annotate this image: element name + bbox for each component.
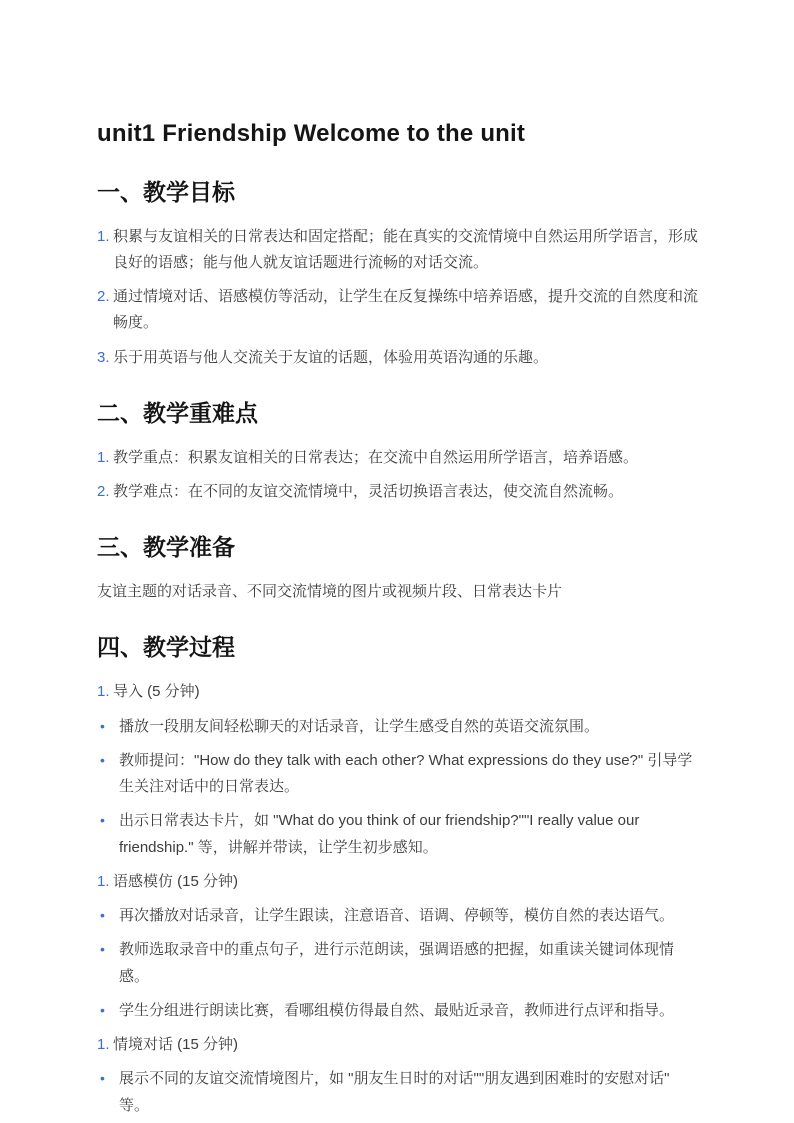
bullet-icon: • [100,937,119,963]
list-item-text: 导入 (5 分钟) [113,679,702,705]
list-item: 1. 情境对话 (15 分钟) [97,1032,702,1058]
list-item-text: 积累与友谊相关的日常表达和固定搭配；能在真实的交流情境中自然运用所学语言，形成良… [113,224,702,277]
objectives-list: 1. 积累与友谊相关的日常表达和固定搭配；能在真实的交流情境中自然运用所学语言，… [97,224,702,371]
list-number: 1. [97,445,113,471]
list-item: 2. 通过情境对话、语感模仿等活动，让学生在反复操练中培养语感，提升交流的自然度… [97,284,702,337]
list-item: 1. 语感模仿 (15 分钟) [97,869,702,895]
list-item: 2. 教学难点：在不同的友谊交流情境中，灵活切换语言表达，使交流自然流畅。 [97,479,702,505]
preparation-paragraph: 友谊主题的对话录音、不同交流情境的图片或视频片段、日常表达卡片 [97,579,702,605]
document-page: unit1 Friendship Welcome to the unit 一、教… [0,0,794,1123]
list-item: • 展示不同的友谊交流情境图片，如 "朋友生日时的对话""朋友遇到困难时的安慰对… [97,1066,702,1119]
list-item-text: 情境对话 (15 分钟) [113,1032,702,1058]
list-item-text: 展示不同的友谊交流情境图片，如 "朋友生日时的对话""朋友遇到困难时的安慰对话"… [119,1066,702,1119]
list-item-text: 教师选取录音中的重点句子，进行示范朗读，强调语感的把握，如重读关键词体现情感。 [119,937,702,990]
list-number: 1. [97,1032,113,1058]
bullet-icon: • [100,903,119,929]
bullet-icon: • [100,808,119,834]
list-item: • 出示日常表达卡片，如 "What do you think of our f… [97,808,702,861]
list-number: 1. [97,869,113,895]
list-number: 1. [97,224,113,250]
list-number: 3. [97,345,113,371]
list-item-text: 教师提问："How do they talk with each other? … [119,748,702,801]
section-heading-process: 四、教学过程 [97,633,702,663]
list-number: 2. [97,284,113,310]
list-number: 2. [97,479,113,505]
list-item: 1. 积累与友谊相关的日常表达和固定搭配；能在真实的交流情境中自然运用所学语言，… [97,224,702,277]
list-item: • 教师提问："How do they talk with each other… [97,748,702,801]
process-list: 1. 导入 (5 分钟) • 播放一段朋友间轻松聊天的对话录音，让学生感受自然的… [97,679,702,1119]
list-item-text: 语感模仿 (15 分钟) [113,869,702,895]
section-heading-objectives: 一、教学目标 [97,178,702,208]
bullet-icon: • [100,714,119,740]
list-item-text: 出示日常表达卡片，如 "What do you think of our fri… [119,808,702,861]
list-item: 1. 导入 (5 分钟) [97,679,702,705]
bullet-icon: • [100,998,119,1024]
bullet-icon: • [100,748,119,774]
list-number: 1. [97,679,113,705]
page-title: unit1 Friendship Welcome to the unit [97,119,702,150]
list-item: • 播放一段朋友间轻松聊天的对话录音，让学生感受自然的英语交流氛围。 [97,714,702,740]
list-item: • 再次播放对话录音，让学生跟读，注意语音、语调、停顿等，模仿自然的表达语气。 [97,903,702,929]
bullet-icon: • [100,1066,119,1092]
list-item: • 教师选取录音中的重点句子，进行示范朗读，强调语感的把握，如重读关键词体现情感… [97,937,702,990]
list-item-text: 通过情境对话、语感模仿等活动，让学生在反复操练中培养语感，提升交流的自然度和流畅… [113,284,702,337]
key-points-list: 1. 教学重点：积累友谊相关的日常表达；在交流中自然运用所学语言，培养语感。 2… [97,445,702,506]
list-item-text: 教学难点：在不同的友谊交流情境中，灵活切换语言表达，使交流自然流畅。 [113,479,702,505]
section-heading-key-points: 二、教学重难点 [97,399,702,429]
list-item-text: 乐于用英语与他人交流关于友谊的话题，体验用英语沟通的乐趣。 [113,345,702,371]
list-item-text: 播放一段朋友间轻松聊天的对话录音，让学生感受自然的英语交流氛围。 [119,714,702,740]
list-item: 3. 乐于用英语与他人交流关于友谊的话题，体验用英语沟通的乐趣。 [97,345,702,371]
list-item: • 学生分组进行朗读比赛，看哪组模仿得最自然、最贴近录音，教师进行点评和指导。 [97,998,702,1024]
list-item: 1. 教学重点：积累友谊相关的日常表达；在交流中自然运用所学语言，培养语感。 [97,445,702,471]
list-item-text: 再次播放对话录音，让学生跟读，注意语音、语调、停顿等，模仿自然的表达语气。 [119,903,702,929]
list-item-text: 学生分组进行朗读比赛，看哪组模仿得最自然、最贴近录音，教师进行点评和指导。 [119,998,702,1024]
section-heading-preparation: 三、教学准备 [97,533,702,563]
list-item-text: 教学重点：积累友谊相关的日常表达；在交流中自然运用所学语言，培养语感。 [113,445,702,471]
